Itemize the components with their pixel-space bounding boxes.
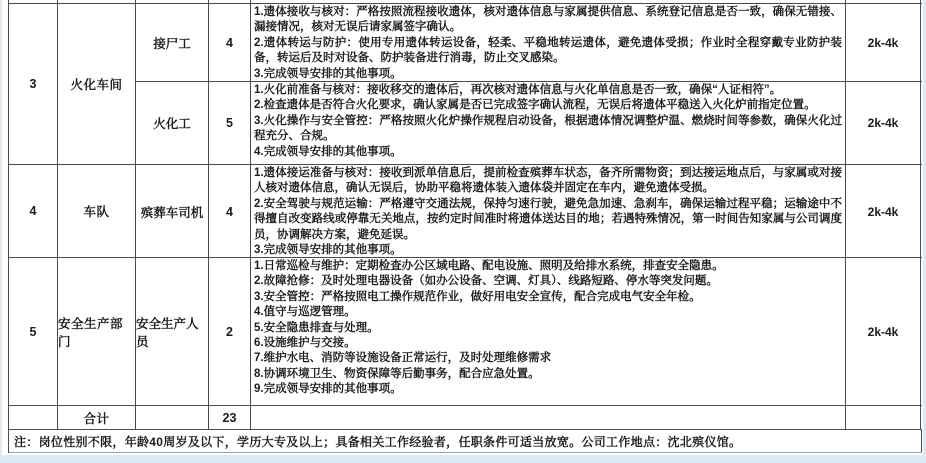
table-row: 接尸工 4 1.遗体接收与核对：严格按照流程接收遗体，核对遗体信息与家属提供信息… xyxy=(136,4,922,81)
table-note: 注：岗位性别不限，年龄40周岁及以下，学历大专及以上；具备相关工作经验者，任职条… xyxy=(9,430,922,452)
department-name: 安全生产部门 xyxy=(58,258,136,405)
total-label: 合计 xyxy=(58,406,136,429)
table-row-group-huahua: 3 火化车间 接尸工 4 1.遗体接收与核对：严格按照流程接收遗体，核对遗体信息… xyxy=(9,4,922,165)
duties-cell: 1.火化前准备与核对：接收移交的遗体后，再次核对遗体信息与火化单信息是否一致，确… xyxy=(251,82,846,164)
duty-item: 3.完成领导安排的其他事项。 xyxy=(254,67,842,81)
table-row: 安全生产人员 2 1.日常巡检与维护：定期检查办公区域电路、配电设施、照明及给排… xyxy=(136,258,922,405)
salary-range: 2k-4k xyxy=(846,165,921,258)
cell-salary xyxy=(846,0,921,3)
headcount: 4 xyxy=(209,165,251,258)
cell-department xyxy=(58,0,136,3)
position-stack: 接尸工 4 1.遗体接收与核对：严格按照流程接收遗体，核对遗体信息与家属提供信息… xyxy=(136,4,922,164)
row-number: 5 xyxy=(9,258,58,405)
duty-item: 3.火化操作与安全管控：严格按照火化炉操作规程启动设备，根据遗体情况调整炉温、燃… xyxy=(254,114,842,145)
duty-item: 2.故障抢修：及时处理电器设备（如办公设备、空调、灯具）、线路短路、停水等突发问… xyxy=(254,274,842,289)
note-row: 注：岗位性别不限，年龄40周岁及以下，学历大专及以上；具备相关工作经验者，任职条… xyxy=(9,430,922,453)
position-title: 接尸工 xyxy=(136,4,209,81)
screenshot-root: { "table": { "rows": [ { "no": "3", "dep… xyxy=(0,0,926,463)
position-title: 安全生产人员 xyxy=(136,258,209,405)
headcount: 2 xyxy=(209,258,251,405)
row-number: 4 xyxy=(9,165,58,257)
duty-item: 1.火化前准备与核对：接收移交的遗体后，再次核对遗体信息与火化单信息是否一致，确… xyxy=(254,83,842,98)
duty-item: 3.完成领导安排的其他事项。 xyxy=(254,243,842,258)
table-row: 火化工 5 1.火化前准备与核对：接收移交的遗体后，再次核对遗体信息与火化单信息… xyxy=(136,81,922,164)
cell-empty xyxy=(251,406,846,429)
duty-item: 2.遗体转运与防护：使用专用遗体转运设备，轻柔、平稳地转运遗体，避免遗体受损；作… xyxy=(254,36,842,67)
duty-item: 1.遗体接运准备与核对：接收到派单信息后，提前检查殡葬车状态，备齐所需物资；到达… xyxy=(254,166,842,197)
position-title: 殡葬车司机 xyxy=(136,165,209,258)
position-stack: 安全生产人员 2 1.日常巡检与维护：定期检查办公区域电路、配电设施、照明及给排… xyxy=(136,258,922,405)
cell-empty xyxy=(846,406,921,429)
total-count: 23 xyxy=(209,406,251,429)
duty-item: 9.完成领导安排的其他事项。 xyxy=(254,382,842,397)
cell-empty xyxy=(9,406,58,429)
position-title: 火化工 xyxy=(136,82,209,164)
table-row: 殡葬车司机 4 1.遗体接运准备与核对：接收到派单信息后，提前检查殡葬车状态，备… xyxy=(136,165,922,258)
duty-item: 1.日常巡检与维护：定期检查办公区域电路、配电设施、照明及给排水系统，排查安全隐… xyxy=(254,259,842,274)
duties-cell: 1.遗体接运准备与核对：接收到派单信息后，提前检查殡葬车状态，备齐所需物资；到达… xyxy=(251,165,846,258)
headcount: 5 xyxy=(209,82,251,164)
cell-count xyxy=(209,0,251,3)
department-name: 火化车间 xyxy=(58,4,136,164)
duty-item: 2.检查遗体是否符合火化要求，确认家属是否已完成签字确认流程，无误后将遗体平稳送… xyxy=(254,98,842,113)
cell-no xyxy=(9,0,58,3)
headcount: 4 xyxy=(209,4,251,81)
row-number: 3 xyxy=(9,4,58,164)
cell-position xyxy=(136,0,209,3)
duty-item: 5.安全隐患排查与处理。 xyxy=(254,321,842,336)
duty-item: 3.安全管控：严格按照电工操作规范作业，做好用电安全宣传，配合完成电气安全年检。 xyxy=(254,290,842,305)
cell-duties xyxy=(251,0,846,3)
page-margin xyxy=(0,455,926,463)
duties-cell: 1.遗体接收与核对：严格按照流程接收遗体，核对遗体信息与家属提供信息、系统登记信… xyxy=(251,4,846,81)
duty-item: 2.安全驾驶与规范运输：严格遵守交通法规，保持匀速行驶，避免急加速、急刹车，确保… xyxy=(254,197,842,243)
salary-range: 2k-4k xyxy=(846,258,921,405)
total-row: 合计 23 xyxy=(9,406,922,430)
department-name: 车队 xyxy=(58,165,136,257)
document-page: 3 火化车间 接尸工 4 1.遗体接收与核对：严格按照流程接收遗体，核对遗体信息… xyxy=(2,0,923,455)
duties-cell: 1.日常巡检与维护：定期检查办公区域电路、配电设施、照明及给排水系统，排查安全隐… xyxy=(251,258,846,405)
duty-item: 4.完成领导安排的其他事项。 xyxy=(254,145,842,160)
duty-item: 4.值守与巡逻管理。 xyxy=(254,305,842,320)
table-row-group-chedui: 4 车队 殡葬车司机 4 1.遗体接运准备与核对：接收到派单信息后，提前检查殡葬… xyxy=(9,165,922,258)
salary-range: 2k-4k xyxy=(846,82,921,164)
position-stack: 殡葬车司机 4 1.遗体接运准备与核对：接收到派单信息后，提前检查殡葬车状态，备… xyxy=(136,165,922,257)
duty-item: 8.协调环境卫生、物资保障等后勤事务，配合应急处置。 xyxy=(254,367,842,382)
duty-item: 1.遗体接收与核对：严格按照流程接收遗体，核对遗体信息与家属提供信息、系统登记信… xyxy=(254,5,842,36)
salary-range: 2k-4k xyxy=(846,4,921,81)
duty-item: 6.设施维护与交接。 xyxy=(254,336,842,351)
cell-empty xyxy=(136,406,209,429)
recruitment-table: 3 火化车间 接尸工 4 1.遗体接收与核对：严格按照流程接收遗体，核对遗体信息… xyxy=(8,0,922,453)
duty-item: 7.维护水电、消防等设施设备正常运行，及时处理维修需求 xyxy=(254,351,842,366)
table-row-group-anquan: 5 安全生产部门 安全生产人员 2 1.日常巡检与维护：定期检查办公区域电路、配… xyxy=(9,258,922,406)
